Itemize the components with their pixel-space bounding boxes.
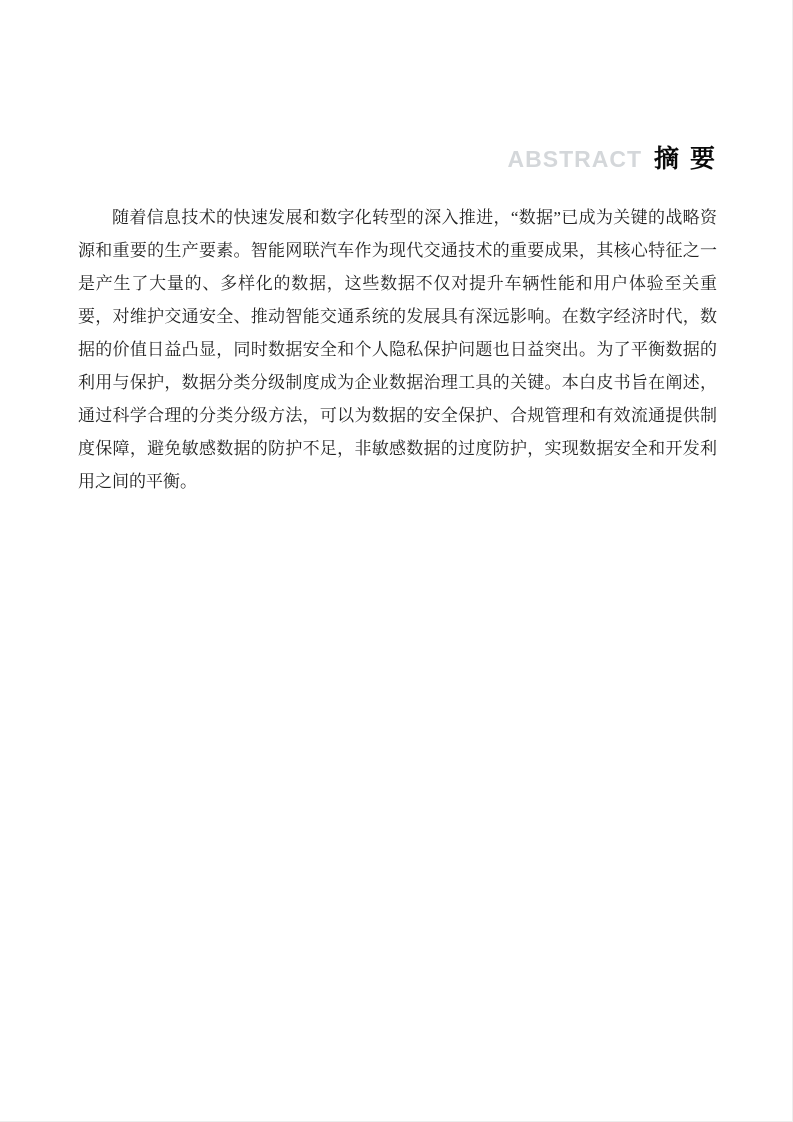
page-title-english: ABSTRACT <box>508 146 643 172</box>
abstract-paragraph: 随着信息技术的快速发展和数字化转型的深入推进，“数据”已成为关键的战略资源和重要… <box>78 201 717 498</box>
page-content: ABSTRACT 摘 要 随着信息技术的快速发展和数字化转型的深入推进，“数据”… <box>78 143 717 515</box>
page-title-chinese: 摘 要 <box>654 145 717 173</box>
document-page: ABSTRACT 摘 要 随着信息技术的快速发展和数字化转型的深入推进，“数据”… <box>0 0 793 1122</box>
page-title: ABSTRACT 摘 要 <box>78 143 717 175</box>
